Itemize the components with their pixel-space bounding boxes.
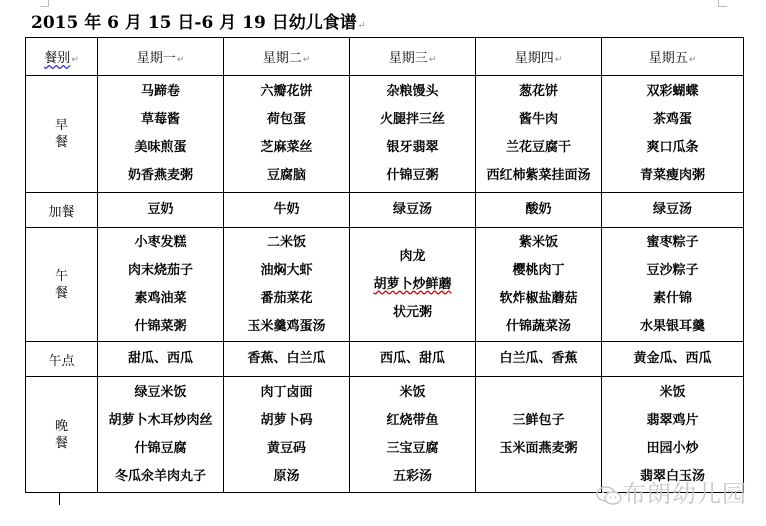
meal-row-afternoon-snack: 午点 甜瓜、西瓜 香蕉、白兰瓜 西瓜、甜瓜 白兰瓜、香蕉 黄金瓜、西瓜 <box>26 342 744 377</box>
meal-label-text: 早餐 <box>55 117 69 151</box>
margin-corner-mark <box>40 0 49 7</box>
meal-label-dinner: 晚餐 <box>26 377 98 493</box>
dish-cell: 绿豆汤 <box>350 193 476 228</box>
dish-cell: 二米饭 油焖大虾 番茄菜花 玉米羹鸡蛋汤 <box>224 228 350 342</box>
header-category: 餐别↵ <box>26 38 98 76</box>
meal-label-text: 午餐 <box>55 268 69 302</box>
dish-cell: 绿豆汤 <box>602 193 744 228</box>
dish-cell: 蜜枣粽子 豆沙粽子 素什锦 水果银耳羹 <box>602 228 744 342</box>
meal-label-afternoon-snack: 午点 <box>26 342 98 377</box>
header-monday: 星期一↵ <box>98 38 224 76</box>
header-thursday: 星期四↵ <box>476 38 602 76</box>
meal-label-breakfast: 早餐 <box>26 76 98 193</box>
header-wednesday: 星期三↵ <box>350 38 476 76</box>
dish-cell: 酸奶 <box>476 193 602 228</box>
dish-cell: 葱花饼 酱牛肉 兰花豆腐干 西红柿紫菜挂面汤 <box>476 76 602 193</box>
dish-cell: 紫米饭 樱桃肉丁 软炸椒盐蘑菇 什锦蔬菜汤 <box>476 228 602 342</box>
header-tuesday: 星期二↵ <box>224 38 350 76</box>
watermark: 布朗幼儿园 <box>596 474 747 509</box>
dish-cell: 马蹄卷 草莓酱 美味煎蛋 奶香燕麦粥 <box>98 76 224 193</box>
dish-cell: 黄金瓜、西瓜 <box>602 342 744 377</box>
wechat-icon <box>596 485 622 505</box>
menu-table: 餐别↵ 星期一↵ 星期二↵ 星期三↵ 星期四↵ 星期五↵ 早餐 马蹄卷 草莓酱 … <box>25 37 744 493</box>
document-title: 2015 年 6 月 15 日-6 月 19 日幼儿食谱↵ <box>31 8 365 33</box>
dish-cell: 三鲜包子 玉米面燕麦粥 <box>476 377 602 493</box>
meal-label-snack: 加餐 <box>26 193 98 228</box>
dish-cell: 杂粮馒头 火腿拌三丝 银牙翡翠 什锦豆粥 <box>350 76 476 193</box>
dish-cell: 绿豆米饭 胡萝卜木耳炒肉丝 什锦豆腐 冬瓜氽羊肉丸子 <box>98 377 224 493</box>
meal-label-text: 晚餐 <box>55 418 69 452</box>
dish-cell: 肉丁卤面 胡萝卜码 黄豆码 原汤 <box>224 377 350 493</box>
meal-row-breakfast: 早餐 马蹄卷 草莓酱 美味煎蛋 奶香燕麦粥 六瓣花饼 荷包蛋 芝麻菜丝 豆腐脑 … <box>26 76 744 193</box>
dish-cell: 小枣发糕 肉末烧茄子 素鸡油菜 什锦菜粥 <box>98 228 224 342</box>
text-cursor <box>59 493 60 505</box>
header-row: 餐别↵ 星期一↵ 星期二↵ 星期三↵ 星期四↵ 星期五↵ <box>26 38 744 76</box>
margin-corner-mark <box>718 0 727 7</box>
dish-cell: 肉龙 胡萝卜炒鲜蘑 状元粥 <box>350 228 476 342</box>
meal-row-lunch: 午餐 小枣发糕 肉末烧茄子 素鸡油菜 什锦菜粥 二米饭 油焖大虾 番茄菜花 玉米… <box>26 228 744 342</box>
paragraph-mark: ↵ <box>358 21 366 31</box>
dish-cell: 六瓣花饼 荷包蛋 芝麻菜丝 豆腐脑 <box>224 76 350 193</box>
dish-cell: 豆奶 <box>98 193 224 228</box>
meal-label-lunch: 午餐 <box>26 228 98 342</box>
meal-row-snack: 加餐 豆奶 牛奶 绿豆汤 酸奶 绿豆汤 <box>26 193 744 228</box>
dish-cell: 白兰瓜、香蕉 <box>476 342 602 377</box>
header-friday: 星期五↵ <box>602 38 744 76</box>
dish-cell: 牛奶 <box>224 193 350 228</box>
dish-cell: 西瓜、甜瓜 <box>350 342 476 377</box>
dish-cell: 甜瓜、西瓜 <box>98 342 224 377</box>
dish-cell: 米饭 红烧带鱼 三宝豆腐 五彩汤 <box>350 377 476 493</box>
dish-cell: 双彩蝴蝶 茶鸡蛋 爽口瓜条 青菜瘦肉粥 <box>602 76 744 193</box>
dish-cell: 香蕉、白兰瓜 <box>224 342 350 377</box>
